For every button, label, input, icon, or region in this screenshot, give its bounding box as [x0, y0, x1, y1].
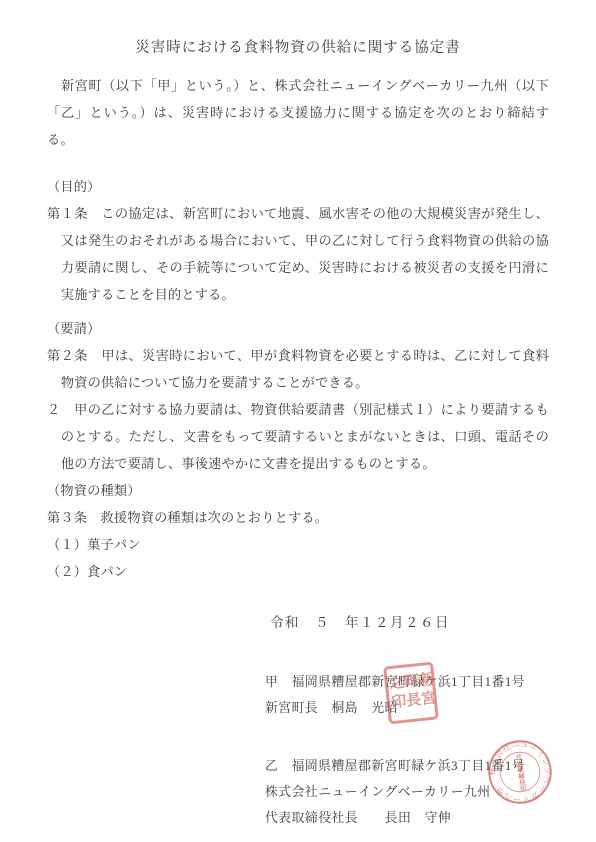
article-2-paragraph-2: ２ 甲の乙に対する協力要請は、物資供給要請書（別記様式１）により要請するものとす… [47, 396, 549, 477]
section-goods-heading: （物資の種類） [47, 477, 549, 504]
section-request-heading: （要請） [47, 315, 549, 342]
intro-paragraph: 新宮町（以下「甲」という。）と、株式会社ニューイングベーカリー九州（以下「乙」と… [47, 72, 549, 153]
document-title: 災害時における食料物資の供給に関する協定書 [47, 38, 549, 58]
goods-item-2: （２）食パン [47, 558, 549, 585]
article-2-paragraph-1: 第２条 甲は、災害時において、甲が食料物資を必要とする時は、乙に対して食料物資の… [47, 342, 549, 396]
mayor-seal-text: 新宮町長之印 [387, 671, 436, 715]
section-purpose-heading: （目的） [47, 173, 549, 200]
company-seal-center-text: 代表取締役印 [514, 752, 527, 793]
goods-item-1: （１）菓子パン [47, 531, 549, 558]
party-otsu-signer: 代表取締役社長 長田 守伸 [265, 805, 549, 831]
date-line: 令和 ５ 年１２月２６日 [270, 611, 549, 631]
article-3-paragraph: 第３条 救援物資の種類は次のとおりとする。 [47, 504, 549, 531]
document-page: 災害時における食料物資の供給に関する協定書 新宮町（以下「甲」という。）と、株式… [0, 0, 596, 842]
mayor-square-seal-stamp: 新宮町長之印 [383, 662, 439, 725]
article-1-paragraph: 第１条 この協定は、新宮町において地震、風水害その他の大規模災害が発生し、又は発… [47, 200, 549, 308]
company-round-seal-stamp: 株式会社ニューイングベーカリー九州 代表取締役印 [483, 735, 558, 810]
